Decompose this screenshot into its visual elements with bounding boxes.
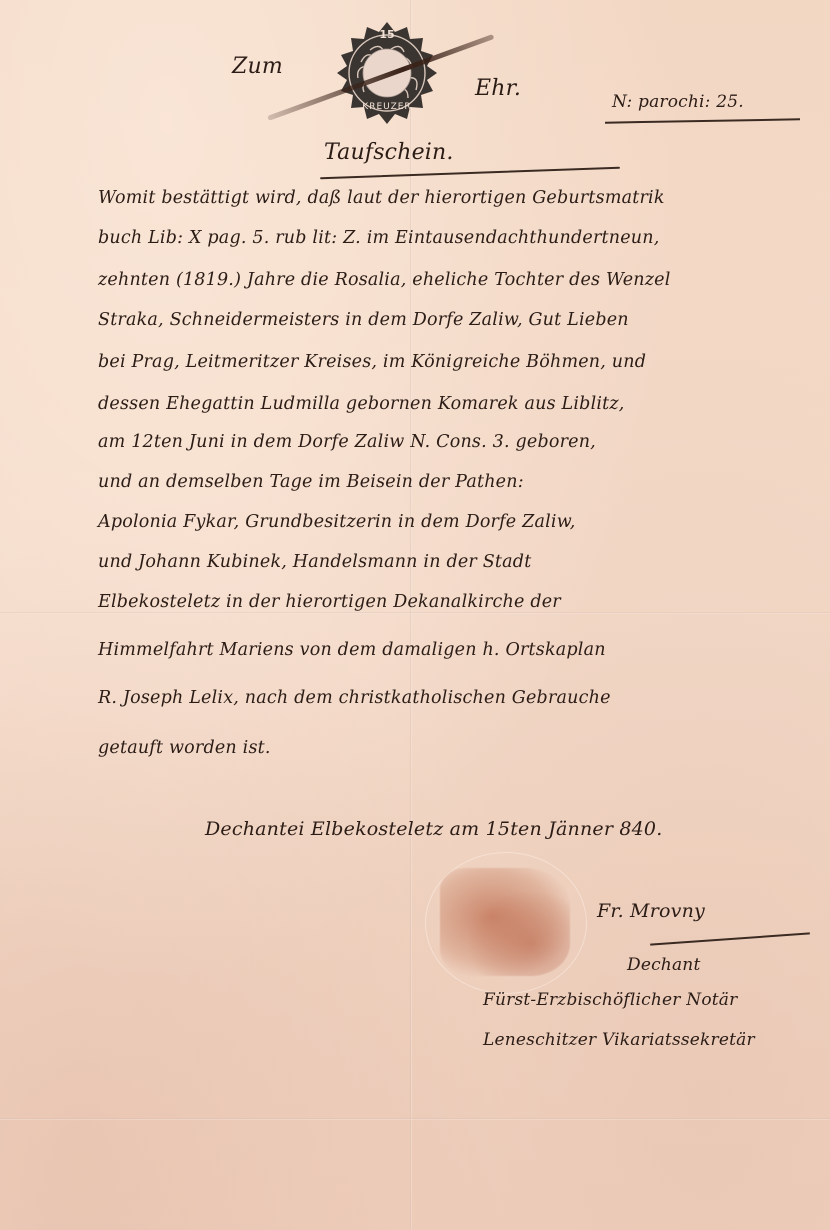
- parish-underline: [605, 118, 800, 123]
- body-line: Apolonia Fykar, Grundbesitzerin in dem D…: [98, 512, 576, 532]
- header-left-text: Zum: [232, 54, 283, 79]
- body-line: getauft worden ist.: [98, 738, 271, 758]
- body-line: buch Lib: X pag. 5. rub lit: Z. im Einta…: [98, 228, 659, 248]
- signature-role-secretary: Leneschitzer Vikariatssekretär: [483, 1030, 755, 1050]
- place-and-date: Dechantei Elbekosteletz am 15ten Jänner …: [205, 818, 662, 840]
- parish-number: N: parochi: 25.: [612, 92, 744, 112]
- body-line: zehnten (1819.) Jahre die Rosalia, eheli…: [98, 270, 671, 290]
- body-line: und Johann Kubinek, Handelsmann in der S…: [98, 552, 531, 572]
- body-line: Womit bestättigt wird, daß laut der hier…: [98, 188, 665, 208]
- title-underline: [320, 167, 620, 179]
- body-line: R. Joseph Lelix, nach dem christkatholis…: [98, 688, 611, 708]
- signature-name: Fr. Mrovny: [597, 900, 705, 922]
- signature-paraph: [650, 932, 810, 945]
- wax-seal-stain: [440, 868, 570, 976]
- fold-line-vertical: [410, 0, 412, 1230]
- header-right-text: Ehr.: [475, 76, 521, 101]
- stamp-label: KREUZER: [336, 102, 438, 112]
- fold-line-horizontal: [0, 1118, 830, 1120]
- body-line: bei Prag, Leitmeritzer Kreises, im König…: [98, 352, 646, 372]
- body-line: und an demselben Tage im Beisein der Pat…: [98, 472, 524, 492]
- stamp-denomination: 15: [336, 28, 438, 41]
- signature-role-dean: Dechant: [627, 955, 700, 975]
- document-title: Taufschein.: [324, 140, 454, 165]
- body-line: dessen Ehegattin Ludmilla gebornen Komar…: [98, 394, 625, 414]
- body-line: Elbekosteletz in der hierortigen Dekanal…: [98, 592, 561, 612]
- body-line: Straka, Schneidermeisters in dem Dorfe Z…: [98, 310, 629, 330]
- fold-line-horizontal: [0, 612, 830, 614]
- signature-role-notary: Fürst-Erzbischöflicher Notär: [483, 990, 737, 1010]
- body-line: am 12ten Juni in dem Dorfe Zaliw N. Cons…: [98, 432, 596, 452]
- body-line: Himmelfahrt Mariens von dem damaligen h.…: [98, 640, 606, 660]
